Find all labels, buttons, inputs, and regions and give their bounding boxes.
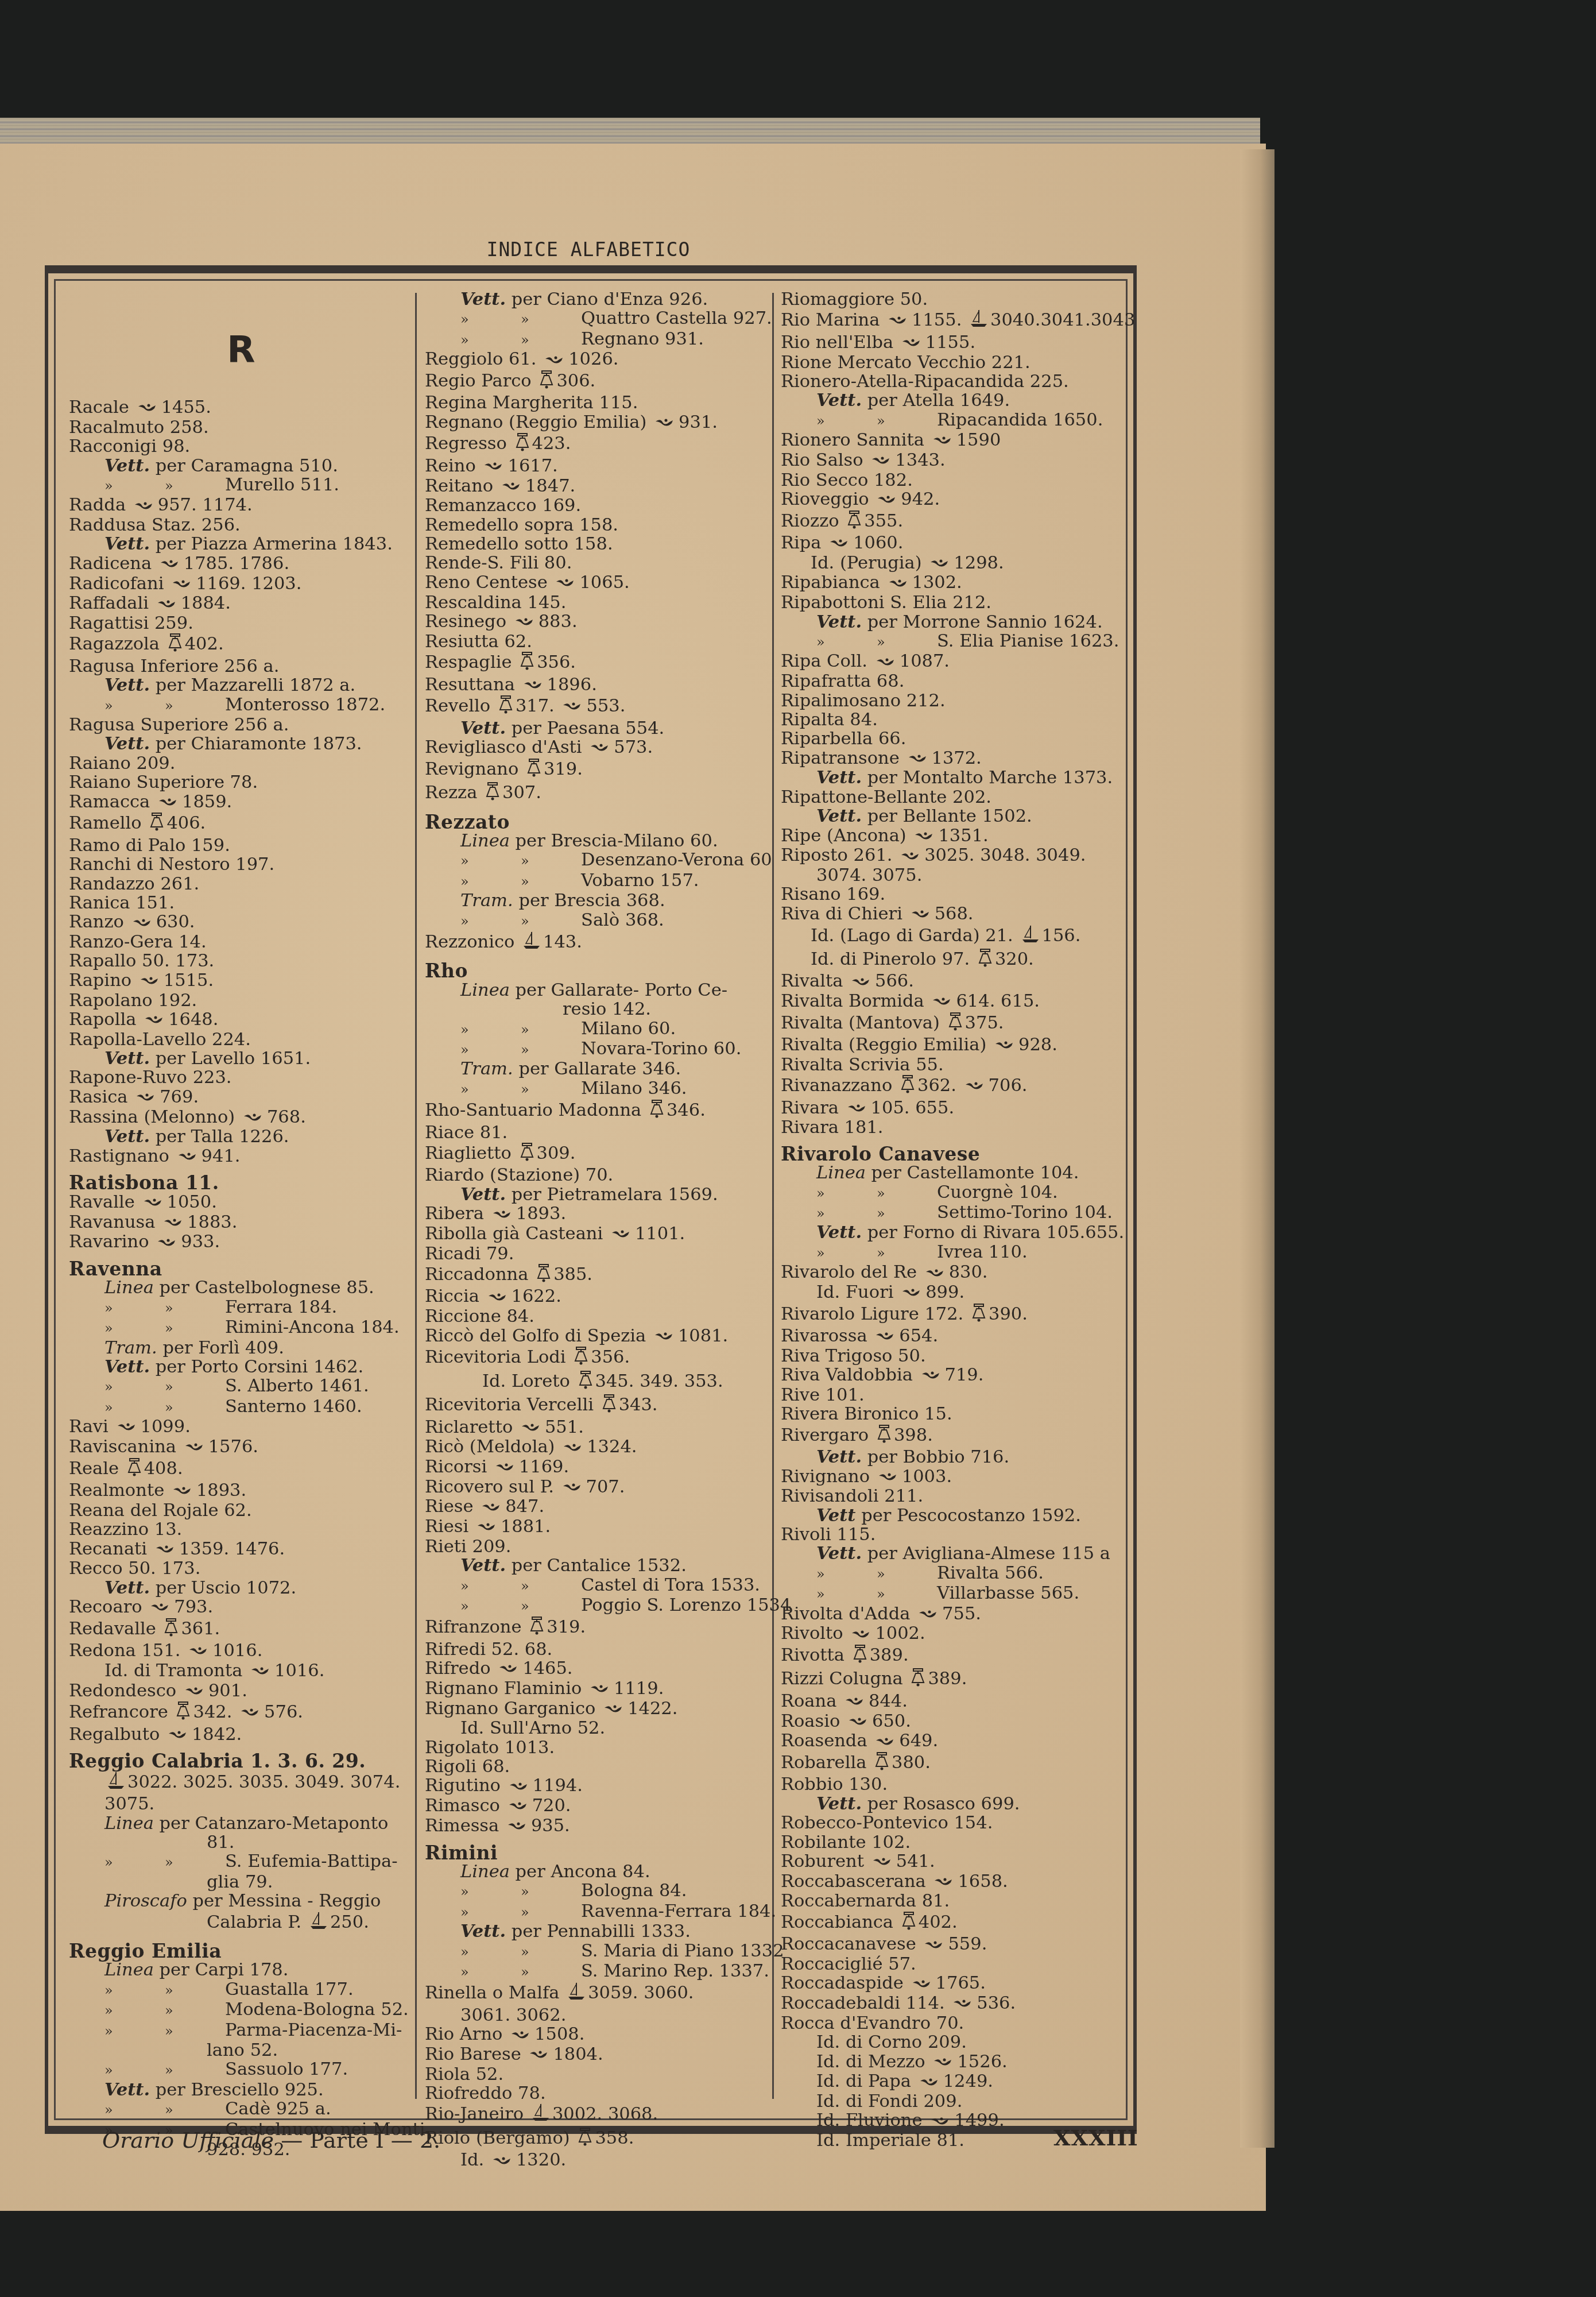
boat-icon bbox=[929, 554, 951, 573]
index-entry: Id. di Mezzo 1526. bbox=[781, 2052, 1119, 2072]
index-entry: Remanzacco 169. bbox=[425, 496, 769, 515]
index-heading-entry: Reggio Calabria 1. 3. 6. 29. bbox=[69, 1751, 413, 1770]
tram-bell-icon bbox=[164, 1618, 179, 1641]
boat-icon bbox=[933, 2053, 955, 2072]
boat-icon bbox=[921, 1366, 943, 1385]
boat-icon bbox=[908, 749, 929, 768]
ditto-mark: » bbox=[104, 1398, 165, 1417]
entry-text: Poggio S. Lorenzo 1534 bbox=[581, 1595, 791, 1615]
service-label: Linea bbox=[104, 1960, 154, 1980]
index-entry: 3022. 3025. 3035. 3049. 3074. bbox=[69, 1771, 413, 1795]
index-entry: »»Novara-Torino 60. bbox=[425, 1039, 769, 1059]
place-heading: Ratisbona bbox=[69, 1171, 179, 1194]
entry-text: Roasenda bbox=[781, 1731, 873, 1751]
entry-text: Modena-Bologna 52. bbox=[225, 2000, 409, 2020]
entry-text: Rieti 209. bbox=[425, 1537, 511, 1557]
boat-icon bbox=[184, 1682, 206, 1701]
table-refs: 901. bbox=[208, 1681, 247, 1701]
ditto-mark: » bbox=[165, 1299, 225, 1318]
ditto-mark: » bbox=[521, 1882, 581, 1901]
table-refs: 1155. bbox=[912, 310, 967, 330]
entry-text: Ripalimosano 212. bbox=[781, 691, 946, 711]
vettura-label: Vett. bbox=[460, 1555, 506, 1576]
entry-text: per Pietramelara 1569. bbox=[506, 1185, 718, 1205]
entry-text: Rivergaro bbox=[781, 1425, 874, 1445]
entry-text: per Brescia-Milano 60. bbox=[510, 831, 718, 851]
entry-text: Revello bbox=[425, 696, 496, 716]
index-entry: Ranzo-Gera 14. bbox=[69, 933, 413, 952]
index-entry: Vett. per Rosasco 699. bbox=[781, 1795, 1119, 1813]
entry-text: Id. di Tramonta bbox=[104, 1661, 248, 1681]
table-refs: 402. bbox=[185, 634, 224, 654]
table-refs: 375. bbox=[965, 1012, 1004, 1033]
entry-text: Rapolla-Lavello 224. bbox=[69, 1030, 251, 1050]
index-entry: »»Guastalla 177. bbox=[69, 1980, 413, 2000]
table-refs: 1576. bbox=[208, 1437, 258, 1457]
vettura-label: Vett. bbox=[816, 1447, 862, 1467]
entry-text: Ivrea 110. bbox=[937, 1242, 1028, 1262]
table-refs: 536. bbox=[977, 1993, 1016, 2013]
ship-icon bbox=[567, 1982, 586, 2005]
table-refs: 1298. bbox=[954, 553, 1004, 573]
entry-text: Rivarossa bbox=[781, 1326, 873, 1346]
entry-text: Riofreddo 78. bbox=[425, 2083, 546, 2103]
index-entry: Riofreddo 78. bbox=[425, 2084, 769, 2103]
index-entry: Ripattone-Bellante 202. bbox=[781, 788, 1119, 807]
index-entry: Ribolla già Casteani 1101. bbox=[425, 1224, 769, 1244]
entry-text: Roccaciglié 57. bbox=[781, 1954, 916, 1974]
index-entry: Ripalta 84. bbox=[781, 710, 1119, 729]
entry-text: Rivera Bironico 15. bbox=[781, 1404, 952, 1424]
index-entry: Rio-Janeiro 3002. 3068. bbox=[425, 2103, 769, 2126]
index-entry: Rione Mercato Vecchio 221. bbox=[781, 353, 1119, 372]
index-entry: Reazzino 13. bbox=[69, 1520, 413, 1539]
index-entry: Recco 50. 173. bbox=[69, 1559, 413, 1578]
ditto-mark: » bbox=[165, 2022, 225, 2041]
entry-text: Rasica bbox=[69, 1087, 133, 1107]
vettura-label: Vett. bbox=[104, 1126, 150, 1147]
index-entry: Linea per Carpi 178. bbox=[69, 1960, 413, 1979]
index-entry: Rastignano 941. bbox=[69, 1147, 413, 1167]
boat-icon bbox=[188, 1642, 210, 1661]
index-entry: Resinego 883. bbox=[425, 612, 769, 632]
entry-text: Ranzo-Gera 14. bbox=[69, 932, 207, 952]
boat-icon bbox=[901, 334, 923, 353]
index-entry: Linea per Gallarate- Porto Ce- bbox=[425, 981, 769, 1000]
index-entry: Reno Centese 1065. bbox=[425, 573, 769, 593]
table-refs: 1622. bbox=[512, 1286, 561, 1306]
tram-bell-icon bbox=[529, 1616, 544, 1639]
index-entry: Rionero-Atella-Ripacandida 225. bbox=[781, 372, 1119, 391]
ditto-mark: » bbox=[104, 2022, 165, 2041]
table-refs: 1372. bbox=[932, 748, 982, 768]
index-entry: Id. di Corno 209. bbox=[781, 2033, 1119, 2052]
table-refs: 847. bbox=[505, 1496, 544, 1517]
index-entry: Raiano 209. bbox=[69, 754, 413, 773]
index-entry: Radicena 1785. 1786. bbox=[69, 554, 413, 574]
entry-text: Robilante 102. bbox=[781, 1832, 911, 1853]
table-refs: 720. bbox=[532, 1796, 571, 1816]
index-entry: »»Rimini-Ancona 184. bbox=[69, 1318, 413, 1338]
tram-bell-icon bbox=[539, 370, 554, 393]
index-entry: Rivarolo del Re 830. bbox=[781, 1263, 1119, 1283]
table-refs: 423. bbox=[532, 434, 571, 454]
table-refs: 1455. bbox=[161, 397, 211, 417]
boat-icon bbox=[135, 1088, 157, 1107]
entry-text: Rio nell'Elba bbox=[781, 332, 899, 353]
boat-icon bbox=[160, 555, 181, 574]
section-letter: R bbox=[69, 330, 413, 370]
index-entry: Id. (Lago di Garda) 21. 156. bbox=[781, 925, 1119, 948]
entry-text: Reazzino 13. bbox=[69, 1519, 182, 1540]
index-column-3: Riomaggiore 50.Rio Marina 1155. 3040.304… bbox=[781, 290, 1119, 2150]
service-label: Tram. bbox=[104, 1338, 157, 1358]
index-entry: Rapallo 50. 173. bbox=[69, 952, 413, 970]
index-entry: »»Salò 368. bbox=[425, 911, 769, 931]
index-entry: Riva di Chieri 568. bbox=[781, 904, 1119, 925]
entry-text: Ribera bbox=[425, 1204, 490, 1224]
index-entry: Vett. per Ciano d'Enza 926. bbox=[425, 290, 769, 309]
index-entry: Ripa 1060. bbox=[781, 533, 1119, 554]
ditto-mark: » bbox=[521, 872, 581, 891]
index-entry: Revigliasco d'Asti 573. bbox=[425, 738, 769, 758]
table-refs: 1119. bbox=[614, 1679, 664, 1699]
index-entry: Ripabottoni S. Elia 212. bbox=[781, 593, 1119, 612]
index-entry: Ramello 406. bbox=[69, 812, 413, 836]
table-refs: 931. bbox=[679, 412, 718, 432]
entry-text: Riposto 261. bbox=[781, 845, 898, 865]
place-heading: Rho bbox=[425, 960, 468, 982]
index-entry: »»Desenzano-Verona 60 bbox=[425, 850, 769, 871]
index-entry: »»Settimo-Torino 104. bbox=[781, 1203, 1119, 1223]
entry-text: per Gallarate 346. bbox=[513, 1059, 681, 1079]
entry-text: Remedello sotto 158. bbox=[425, 534, 613, 554]
index-entry: Rignano Flaminio 1119. bbox=[425, 1679, 769, 1699]
tram-bell-icon bbox=[948, 1012, 963, 1035]
ditto-mark: » bbox=[521, 1577, 581, 1596]
entry-text: Parma-Piacenza-Mi- bbox=[225, 2020, 402, 2040]
index-entry: Vett. per Bellante 1502. bbox=[781, 807, 1119, 826]
tram-bell-icon bbox=[877, 1424, 892, 1448]
ditto-mark: » bbox=[816, 1244, 877, 1263]
table-refs: 1324. bbox=[587, 1437, 637, 1457]
index-entry: Respaglie 356. bbox=[425, 651, 769, 675]
index-entry: Rivolto 1002. bbox=[781, 1624, 1119, 1644]
entry-text: Rignano Flaminio bbox=[425, 1679, 587, 1699]
index-entry: Riclaretto 551. bbox=[425, 1418, 769, 1438]
entry-text: 3075. bbox=[104, 1794, 154, 1814]
entry-text: 1. 3. 6. 29. bbox=[243, 1750, 366, 1772]
index-entry: Roccabernarda 81. bbox=[781, 1892, 1119, 1911]
place-heading: Reggio Emilia bbox=[69, 1940, 222, 1962]
index-entry: Riardo (Stazione) 70. bbox=[425, 1166, 769, 1185]
entry-text: Rimasco bbox=[425, 1796, 506, 1816]
table-refs: 342. bbox=[193, 1702, 238, 1722]
entry-text: Rive 101. bbox=[781, 1385, 865, 1405]
index-entry: Vett. per Forno di Rivara 105.655. bbox=[781, 1223, 1119, 1242]
index-entry: Riace 81. bbox=[425, 1123, 769, 1142]
entry-text: Raiano 209. bbox=[69, 753, 175, 774]
tram-bell-icon bbox=[901, 1911, 916, 1935]
entry-text: Reitano bbox=[425, 476, 499, 496]
entry-text: Rionero Sannita bbox=[781, 430, 930, 450]
entry-text: Riese bbox=[425, 1496, 479, 1517]
entry-text: Resinego bbox=[425, 612, 512, 632]
boat-icon bbox=[501, 477, 523, 496]
boat-icon bbox=[590, 1680, 611, 1699]
index-entry: Ripabianca 1302. bbox=[781, 573, 1119, 593]
index-entry: Recanati 1359. 1476. bbox=[69, 1540, 413, 1560]
ditto-mark: » bbox=[165, 2001, 225, 2020]
index-entry: Rifranzone 319. bbox=[425, 1616, 769, 1639]
entry-text: Riardo (Stazione) 70. bbox=[425, 1165, 613, 1185]
index-entry: 3061. 3062. bbox=[425, 2006, 769, 2025]
table-refs: 541. bbox=[896, 1851, 935, 1871]
ditto-mark: » bbox=[816, 1565, 877, 1584]
index-entry: Vett. per Pietramelara 1569. bbox=[425, 1185, 769, 1204]
entry-text: S. Elia Pianise 1623. bbox=[937, 631, 1119, 651]
entry-text: Ravenna-Ferrara 184. bbox=[581, 1901, 776, 1921]
tram-bell-icon bbox=[149, 812, 164, 836]
table-refs: 1050. bbox=[167, 1192, 217, 1212]
index-entry: Riolo (Bergamo) 358. bbox=[425, 2127, 769, 2151]
entry-text: Ripacandida 1650. bbox=[937, 410, 1103, 430]
entry-text: Risano 169. bbox=[781, 884, 885, 904]
ditto-mark: » bbox=[460, 912, 521, 931]
index-entry: Ranchi di Nestoro 197. bbox=[69, 855, 413, 874]
ditto-mark: » bbox=[104, 697, 165, 716]
ditto-mark: » bbox=[165, 1378, 225, 1397]
index-entry: Vett. per Piazza Armerina 1843. bbox=[69, 535, 413, 554]
vettura-label: Vett. bbox=[816, 1793, 862, 1814]
index-heading-entry: Reggio Emilia bbox=[69, 1942, 413, 1960]
boat-icon bbox=[134, 497, 156, 516]
index-entry: Riva Valdobbia 719. bbox=[781, 1366, 1119, 1386]
index-entry: Ripalimosano 212. bbox=[781, 691, 1119, 710]
index-entry: Ranica 151. bbox=[69, 894, 413, 912]
entry-text: 11. bbox=[179, 1171, 219, 1194]
index-entry: Vett. per Talla 1226. bbox=[69, 1127, 413, 1146]
place-heading: Rimini bbox=[425, 1842, 498, 1864]
entry-text: Riccia bbox=[425, 1286, 485, 1306]
entry-text: Roccabernarda 81. bbox=[781, 1891, 950, 1911]
table-refs: 1590 bbox=[956, 430, 1001, 450]
ditto-mark: » bbox=[521, 852, 581, 871]
index-entry: »»Modena-Bologna 52. bbox=[69, 2000, 413, 2020]
table-refs: 385. bbox=[553, 1264, 592, 1285]
entry-text: Ragattisi 259. bbox=[69, 613, 193, 633]
table-refs: 389. bbox=[928, 1669, 967, 1689]
index-entry: Ravanusa 1883. bbox=[69, 1213, 413, 1233]
boat-icon bbox=[877, 490, 898, 509]
index-entry: Rasica 769. bbox=[69, 1088, 413, 1108]
ditto-mark: » bbox=[460, 310, 521, 329]
entry-text: Reggiolo 61. bbox=[425, 349, 542, 369]
boat-icon bbox=[508, 1797, 530, 1816]
table-refs: 3002. 3068. bbox=[552, 2104, 658, 2124]
index-entry: Ribera 1893. bbox=[425, 1204, 769, 1224]
index-entry: Ragattisi 259. bbox=[69, 614, 413, 633]
index-entry: Redavalle 361. bbox=[69, 1618, 413, 1641]
entry-text: lano 52. bbox=[207, 2040, 278, 2060]
boat-icon bbox=[144, 1011, 166, 1030]
table-refs: 1249. bbox=[943, 2071, 993, 2091]
ditto-mark: » bbox=[460, 1597, 521, 1616]
index-entry: Roccaciglié 57. bbox=[781, 1955, 1119, 1974]
place-heading: Rezzato bbox=[425, 811, 510, 833]
index-entry: Robarella 380. bbox=[781, 1751, 1119, 1775]
boat-icon bbox=[184, 1438, 206, 1457]
boat-icon bbox=[845, 1692, 866, 1711]
entry-text: Rio Arno bbox=[425, 2024, 508, 2044]
index-entry: »»S. Alberto 1461. bbox=[69, 1376, 413, 1397]
index-entry: Riccia 1622. bbox=[425, 1287, 769, 1307]
table-refs: 355. bbox=[864, 511, 903, 531]
entry-text: Id. Fuori bbox=[816, 1282, 899, 1302]
index-entry: Rapino 1515. bbox=[69, 971, 413, 991]
index-entry: Roccadaspide 1765. bbox=[781, 1974, 1119, 1994]
entry-text: Rivalta bbox=[781, 971, 849, 991]
entry-text: Ravarino bbox=[69, 1232, 154, 1252]
entry-text: Riomaggiore 50. bbox=[781, 289, 928, 310]
ditto-mark: » bbox=[165, 2061, 225, 2080]
vettura-label: Vett. bbox=[460, 718, 506, 738]
index-entry: Riposto 261. 3025. 3048. 3049. bbox=[781, 846, 1119, 866]
index-entry: Recoaro 793. bbox=[69, 1598, 413, 1618]
table-refs: 143. bbox=[543, 932, 582, 952]
entry-text: Ripatransone bbox=[781, 748, 905, 768]
column-divider bbox=[772, 293, 774, 2099]
index-entry: »»Monterosso 1872. bbox=[69, 695, 413, 716]
index-entry: Riparbella 66. bbox=[781, 729, 1119, 748]
index-entry: Rezzonico 143. bbox=[425, 931, 769, 954]
entry-text: per Pescocostanzo 1592. bbox=[855, 1506, 1080, 1526]
vettura-label: Vett. bbox=[816, 806, 862, 826]
entry-text: Revignano bbox=[425, 759, 524, 779]
ditto-mark: » bbox=[460, 1080, 521, 1099]
entry-text: Ribolla già Casteani bbox=[425, 1224, 609, 1244]
boat-icon bbox=[952, 1994, 974, 2013]
boat-icon bbox=[481, 1498, 503, 1517]
entry-text: Ripa bbox=[781, 533, 827, 553]
vettura-label: Vett. bbox=[816, 390, 862, 411]
tram-bell-icon bbox=[978, 948, 993, 972]
ditto-mark: » bbox=[877, 633, 937, 652]
table-refs: 553. bbox=[586, 696, 625, 716]
index-entry: Tram. per Gallarate 346. bbox=[425, 1059, 769, 1078]
ditto-mark: » bbox=[165, 1398, 225, 1417]
index-entry: Rivera Bironico 15. bbox=[781, 1405, 1119, 1424]
entry-text: Ripabianca bbox=[781, 573, 886, 593]
index-entry: Tram. per Forlì 409. bbox=[69, 1339, 413, 1358]
boat-icon bbox=[611, 1225, 633, 1244]
entry-text: Riaglietto bbox=[425, 1143, 517, 1163]
entry-text: Ragusa Superiore 256 a. bbox=[69, 715, 289, 735]
index-entry: Id. di Tramonta 1016. bbox=[69, 1661, 413, 1681]
ditto-mark: » bbox=[104, 2101, 165, 2120]
tram-bell-icon bbox=[168, 633, 183, 656]
entry-text: Reino bbox=[425, 456, 481, 476]
entry-text: Rinella o Malfa bbox=[425, 1983, 565, 2003]
entry-text: Roasio bbox=[781, 1711, 846, 1731]
entry-text: Roana bbox=[781, 1691, 842, 1711]
service-label: Linea bbox=[104, 1813, 154, 1834]
table-refs: 1065. bbox=[579, 573, 629, 593]
boat-icon bbox=[514, 613, 536, 632]
index-entry: Ripa Coll. 1087. bbox=[781, 652, 1119, 672]
tram-bell-icon bbox=[498, 695, 513, 718]
index-entry: Rassina (Melonno) 768. bbox=[69, 1108, 413, 1128]
index-entry: Vett. per Pennabilli 1333. bbox=[425, 1922, 769, 1941]
entry-text: Rivotta bbox=[781, 1645, 850, 1665]
index-entry: Robbio 130. bbox=[781, 1775, 1119, 1794]
index-entry: Ricevitoria Vercelli 343. bbox=[425, 1394, 769, 1417]
index-entry: Raddusa Staz. 256. bbox=[69, 516, 413, 535]
ditto-mark: » bbox=[460, 1963, 521, 1982]
boat-icon bbox=[155, 1540, 177, 1559]
table-refs: 362. bbox=[917, 1076, 962, 1096]
index-entry: »»Milano 60. bbox=[425, 1019, 769, 1039]
index-entry: Reggiolo 61. 1026. bbox=[425, 350, 769, 370]
service-label: Linea bbox=[460, 1862, 510, 1882]
index-entry: »»Milano 346. bbox=[425, 1079, 769, 1099]
entry-text: Rivignano bbox=[781, 1467, 876, 1487]
vettura-label: Vett bbox=[816, 1505, 855, 1526]
vettura-label: Vett. bbox=[816, 1543, 862, 1564]
entry-text: Id. di Mezzo bbox=[816, 2052, 931, 2072]
boat-icon bbox=[871, 451, 893, 470]
index-entry: Remedello sopra 158. bbox=[425, 516, 769, 535]
entry-text: 81. bbox=[207, 1832, 235, 1853]
entry-text: Remanzacco 169. bbox=[425, 496, 581, 516]
service-label: Linea bbox=[816, 1163, 866, 1183]
entry-text: Id. Imperiale 81. bbox=[816, 2130, 964, 2151]
index-entry: Rivignano 1003. bbox=[781, 1467, 1119, 1487]
entry-text: Milano 60. bbox=[581, 1019, 676, 1039]
index-entry: Ranzo 630. bbox=[69, 912, 413, 933]
table-refs: 942. bbox=[901, 489, 940, 509]
table-refs: 1002. bbox=[875, 1623, 925, 1644]
boat-icon bbox=[562, 697, 584, 716]
entry-text: Raffadali bbox=[69, 593, 154, 613]
entry-text: Novara-Torino 60. bbox=[581, 1039, 741, 1059]
entry-text: Radda bbox=[69, 495, 131, 515]
table-refs: 883. bbox=[539, 612, 578, 632]
boat-icon bbox=[483, 457, 505, 476]
index-entry: »»S. Eufemia-Battipa- bbox=[69, 1852, 413, 1872]
boat-icon bbox=[150, 1598, 172, 1617]
table-refs: 1508. bbox=[534, 2024, 584, 2044]
boat-icon bbox=[911, 905, 932, 924]
entry-text: Revigliasco d'Asti bbox=[425, 737, 587, 757]
table-refs: 156. bbox=[1042, 925, 1081, 945]
index-entry: Vett per Pescocostanzo 1592. bbox=[781, 1506, 1119, 1525]
entry-text: Rivolta d'Adda bbox=[781, 1604, 916, 1624]
entry-text: Ripattone-Bellante 202. bbox=[781, 787, 991, 807]
entry-text: Id. Loreto bbox=[482, 1371, 576, 1391]
entry-text: Calabria P. bbox=[207, 1912, 307, 1932]
tram-bell-icon bbox=[176, 1701, 191, 1724]
boat-icon bbox=[477, 1518, 498, 1537]
entry-text: Regina Margherita 115. bbox=[425, 393, 638, 413]
boat-icon bbox=[250, 1662, 272, 1681]
ditto-mark: » bbox=[877, 1184, 937, 1203]
entry-text: Sassuolo 177. bbox=[225, 2059, 348, 2079]
index-entry: Linea per Castellamonte 104. bbox=[781, 1163, 1119, 1182]
index-entry: Racconigi 98. bbox=[69, 437, 413, 456]
entry-text: Vobarno 157. bbox=[581, 871, 699, 891]
boat-icon bbox=[851, 973, 873, 992]
